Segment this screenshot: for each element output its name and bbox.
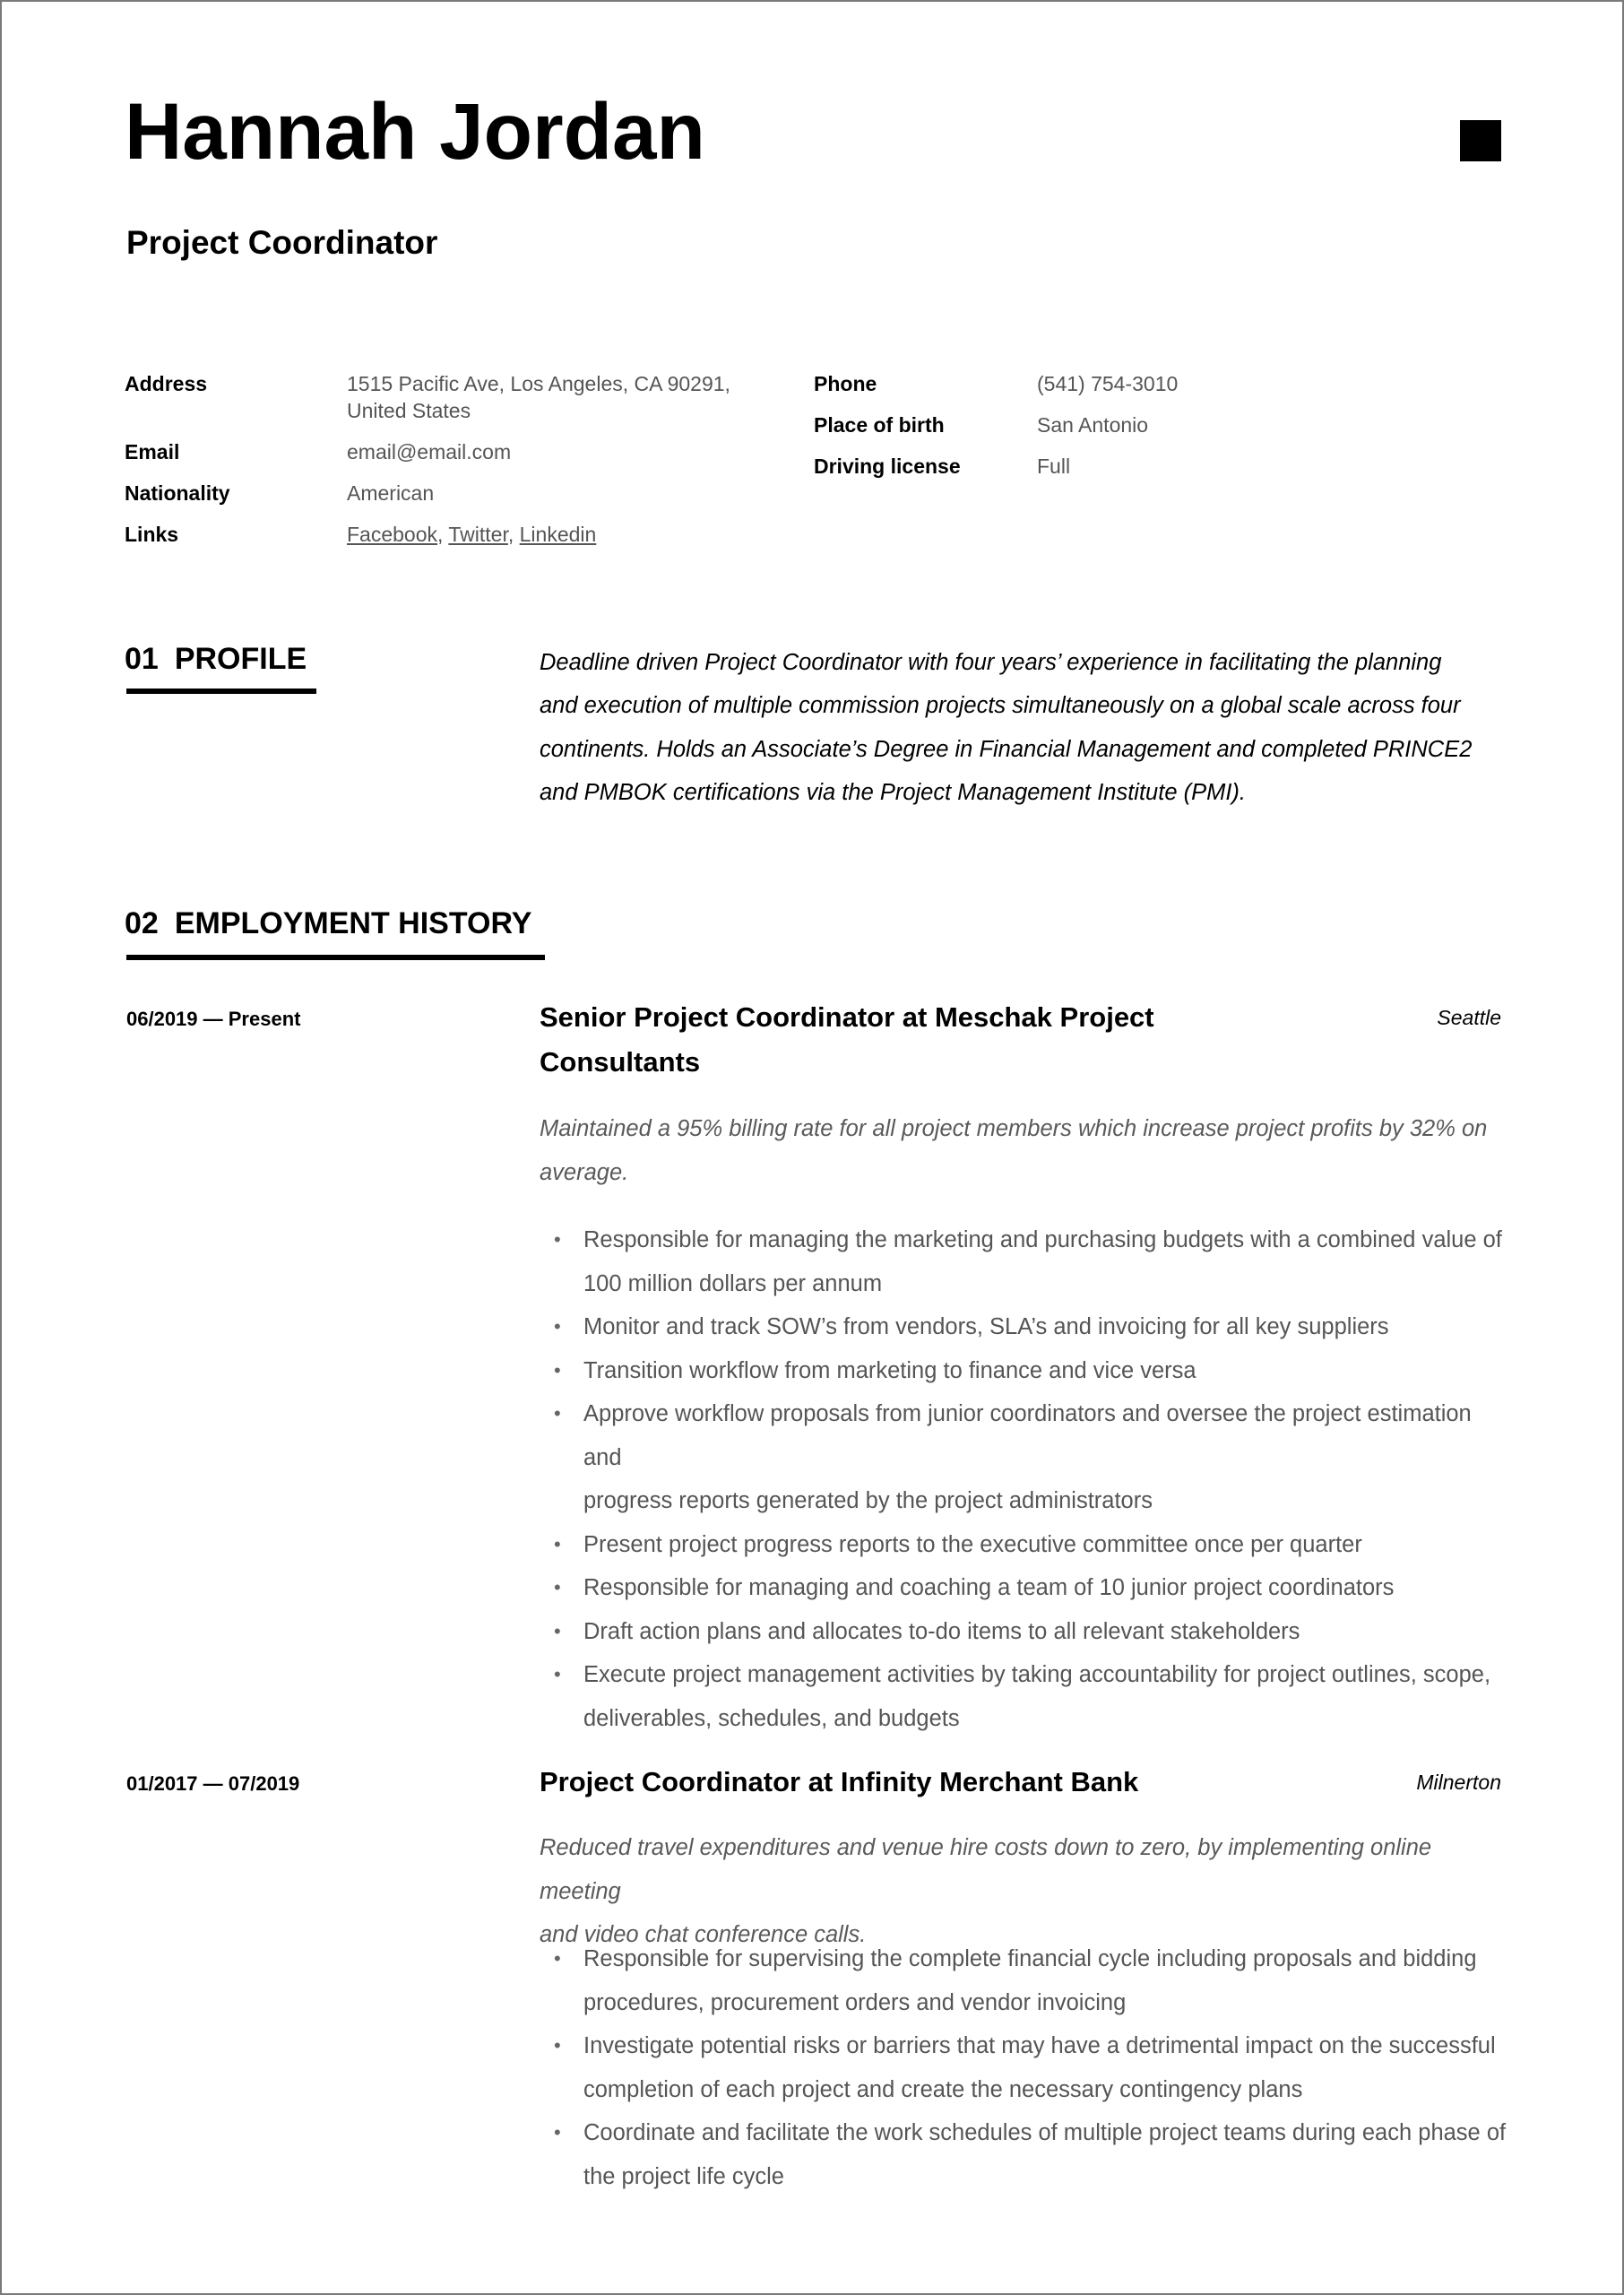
job-role-line: Senior Project Coordinator at Meschak Pr… (540, 995, 1274, 1040)
section-title: PROFILE (175, 642, 307, 676)
twitter-link[interactable]: Twitter (448, 523, 507, 546)
place-of-birth-label: Place of birth (814, 411, 945, 438)
bullet-item: •Transition workflow from marketing to f… (540, 1349, 1507, 1393)
bullet-item: •Execute project management activities b… (540, 1653, 1507, 1740)
bullet-text-line: Coordinate and facilitate the work sched… (583, 2111, 1507, 2155)
job-role-line: Consultants (540, 1040, 1274, 1085)
job-role-line: Project Coordinator at Infinity Merchant… (540, 1760, 1274, 1805)
job-role: Senior Project Coordinator at Meschak Pr… (540, 995, 1274, 1085)
bullet-text-line: progress reports generated by the projec… (583, 1479, 1507, 1523)
address-label: Address (125, 370, 207, 397)
bullet-icon: • (554, 1566, 561, 1610)
profile-heading-underline (126, 688, 316, 694)
link-separator: , (437, 523, 448, 546)
bullet-item: •Responsible for supervising the complet… (540, 1937, 1507, 2024)
links-label: Links (125, 521, 178, 548)
bullet-icon: • (554, 1653, 561, 1697)
job-location: Seattle (1437, 1006, 1501, 1030)
nationality-value: American (347, 480, 434, 507)
phone-label: Phone (814, 370, 877, 397)
job-summary-line: Reduced travel expenditures and venue hi… (540, 1826, 1507, 1913)
phone-value: (541) 754-3010 (1037, 370, 1178, 397)
bullet-text-line: deliverables, schedules, and budgets (583, 1697, 1507, 1741)
section-number: 01 (125, 642, 159, 676)
bullet-item: •Responsible for managing the marketing … (540, 1218, 1507, 1305)
bullet-item: •Draft action plans and allocates to-do … (540, 1610, 1507, 1654)
bullet-icon: • (554, 2024, 561, 2068)
bullet-icon: • (554, 1392, 561, 1436)
link-separator: , (508, 523, 520, 546)
linkedin-link[interactable]: Linkedin (520, 523, 597, 546)
profile-line: continents. Holds an Associate’s Degree … (540, 728, 1507, 771)
bullet-text-line: 100 million dollars per annum (583, 1262, 1507, 1306)
bullet-text-line: Execute project management activities by… (583, 1653, 1507, 1697)
bullet-icon: • (554, 1305, 561, 1349)
bullet-text-line: the project life cycle (583, 2155, 1507, 2199)
profile-line: and PMBOK certifications via the Project… (540, 771, 1507, 814)
profile-heading: 01PROFILE (125, 641, 307, 677)
section-title: EMPLOYMENT HISTORY (175, 906, 532, 940)
bullet-text-line: Monitor and track SOW’s from vendors, SL… (583, 1305, 1507, 1349)
bullet-item: •Monitor and track SOW’s from vendors, S… (540, 1305, 1507, 1349)
place-of-birth-value: San Antonio (1037, 411, 1148, 438)
job-bullet-list: •Responsible for supervising the complet… (540, 1937, 1507, 2198)
bullet-text-line: Transition workflow from marketing to fi… (583, 1349, 1507, 1393)
bullet-item: •Investigate potential risks or barriers… (540, 2024, 1507, 2111)
address-value-line-2: United States (347, 397, 471, 424)
bullet-icon: • (554, 1218, 561, 1262)
bullet-text-line: Approve workflow proposals from junior c… (583, 1392, 1507, 1479)
bullet-icon: • (554, 1610, 561, 1654)
job-dates: 06/2019 — Present (126, 1008, 300, 1031)
resume-page: Hannah Jordan Project Coordinator Addres… (0, 0, 1624, 2295)
bullet-item: •Approve workflow proposals from junior … (540, 1392, 1507, 1523)
employment-heading: 02EMPLOYMENT HISTORY (125, 905, 531, 941)
bullet-text-line: Responsible for managing the marketing a… (583, 1218, 1507, 1262)
driving-license-value: Full (1037, 453, 1070, 480)
profile-summary: Deadline driven Project Coordinator with… (540, 641, 1507, 814)
job-summary-line: average. (540, 1151, 1507, 1195)
email-label: Email (125, 438, 179, 465)
job-role: Project Coordinator at Infinity Merchant… (540, 1760, 1274, 1805)
facebook-link[interactable]: Facebook (347, 523, 437, 546)
bullet-text-line: Investigate potential risks or barriers … (583, 2024, 1507, 2068)
address-value-line-1: 1515 Pacific Ave, Los Angeles, CA 90291, (347, 370, 730, 397)
candidate-name: Hannah Jordan (125, 91, 705, 171)
bullet-item: •Present project progress reports to the… (540, 1523, 1507, 1567)
job-dates: 01/2017 — 07/2019 (126, 1772, 299, 1796)
job-summary: Maintained a 95% billing rate for all pr… (540, 1107, 1507, 1194)
links-value: Facebook, Twitter, Linkedin (347, 521, 596, 548)
bullet-icon: • (554, 1523, 561, 1567)
job-bullet-list: •Responsible for managing the marketing … (540, 1218, 1507, 1740)
driving-license-label: Driving license (814, 453, 961, 480)
job-location: Milnerton (1416, 1771, 1501, 1795)
profile-line: and execution of multiple commission pro… (540, 684, 1507, 727)
bullet-text-line: Draft action plans and allocates to-do i… (583, 1610, 1507, 1654)
candidate-title: Project Coordinator (126, 224, 437, 262)
bullet-item: •Coordinate and facilitate the work sche… (540, 2111, 1507, 2198)
email-value: email@email.com (347, 438, 511, 465)
bullet-icon: • (554, 1349, 561, 1393)
bullet-icon: • (554, 2111, 561, 2155)
bullet-text-line: procedures, procurement orders and vendo… (583, 1981, 1507, 2025)
nationality-label: Nationality (125, 480, 230, 507)
job-summary-line: Maintained a 95% billing rate for all pr… (540, 1107, 1507, 1151)
bullet-text-line: completion of each project and create th… (583, 2068, 1507, 2112)
bullet-text-line: Responsible for managing and coaching a … (583, 1566, 1507, 1610)
employment-heading-underline (126, 955, 545, 960)
bullet-item: •Responsible for managing and coaching a… (540, 1566, 1507, 1610)
bullet-icon: • (554, 1937, 561, 1981)
section-number: 02 (125, 906, 159, 940)
bullet-text-line: Present project progress reports to the … (583, 1523, 1507, 1567)
profile-line: Deadline driven Project Coordinator with… (540, 641, 1507, 684)
black-square-icon (1460, 120, 1501, 161)
bullet-text-line: Responsible for supervising the complete… (583, 1937, 1507, 1981)
